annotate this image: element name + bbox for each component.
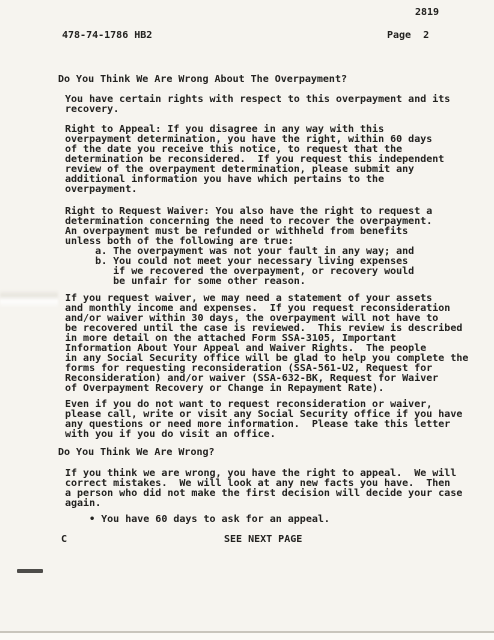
paragraph-contact-office: Even if you do not want to request recon…: [65, 400, 462, 440]
page-number: Page 2: [387, 31, 429, 41]
paragraph-right-to-request-waiver: Right to Request Waiver: You also have t…: [65, 207, 432, 287]
paragraph-waiver-details: If you request waiver, we may need a sta…: [65, 294, 468, 394]
see-next-page-label: SEE NEXT PAGE: [224, 535, 302, 545]
paragraph-right-to-appeal: Right to Appeal: If you disagree in any …: [65, 125, 444, 195]
section-heading-wrong: Do You Think We Are Wrong?: [58, 448, 215, 458]
scanned-letter-page: 2819 478-74-1786 HB2 Page 2 Do You Think…: [0, 0, 494, 640]
scan-bottom-strip: [0, 633, 494, 640]
section-heading-overpayment: Do You Think We Are Wrong About The Over…: [58, 75, 347, 85]
paragraph-appeal-rights: If you think we are wrong, you have the …: [65, 469, 462, 509]
paragraph-rights-intro: You have certain rights with respect to …: [65, 95, 450, 115]
bullet-60-days-appeal: • You have 60 days to ask for an appeal.: [65, 515, 330, 525]
batch-number: 2819: [415, 8, 439, 18]
copy-dash-mark: [17, 569, 43, 573]
reference-number: 478-74-1786 HB2: [62, 31, 152, 41]
footer-copy-mark: C: [61, 535, 67, 545]
scan-streak-artifact: [0, 290, 58, 308]
